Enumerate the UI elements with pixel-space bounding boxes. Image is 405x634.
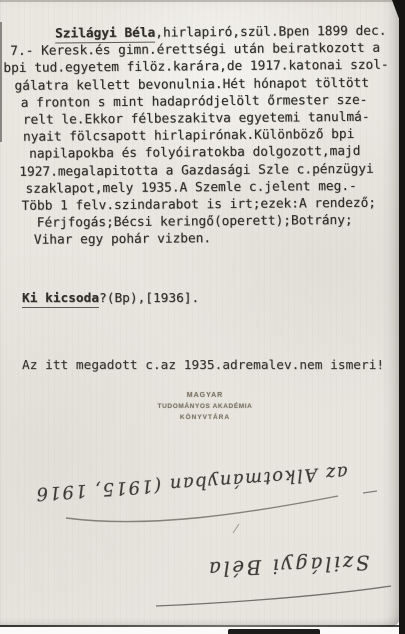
source-reference-rest: ?(Bp),[1936]. [99,291,199,306]
source-reference: Ki kicsoda?(Bp),[1936]. [22,291,199,306]
biography-lines: 7.- Keresk.és gimn.érettségi után beirat… [0,40,394,250]
scan-edge-bottom [0,625,400,628]
note-underline-stroke [66,496,338,522]
biography-line: Vihar egy pohár vizben. [34,229,394,249]
signature-underline-stroke [156,586,391,606]
card-paper: Szilágyi Béla,hirlapiró,szül.Bpen 1899 d… [0,0,400,627]
biography-line: Férjfogás;Bécsi keringő(operett);Botrány… [37,212,394,232]
scan-edge-left [0,22,2,142]
stamp-line-1: MAGYAR [125,392,285,399]
handwritten-signature-upside-down: Szilágyi Béla [188,550,389,583]
scan-edge-top [0,0,399,2]
typed-remark: Az itt megadott c.az 1935.adremalev.nem … [22,358,384,373]
stamp-line-3: KÖNYVTÁRA [125,414,285,421]
punch-hole-shadow [228,629,320,634]
heading-rest: ,hirlapiró,szül.Bpen 1899 dec. [155,24,386,41]
person-name: Szilágyi Béla [55,26,155,43]
typed-text-block: Szilágyi Béla,hirlapiró,szül.Bpen 1899 d… [0,23,394,250]
scanned-catalog-card: Szilágyi Béla,hirlapiró,szül.Bpen 1899 d… [0,0,405,634]
library-stamp: MAGYAR TUDOMÁNYOS AKADÉMIA KÖNYVTÁRA [125,392,285,421]
source-title: Ki kicsoda [22,291,99,308]
stamp-line-2: TUDOMÁNYOS AKADÉMIA [125,403,285,410]
stray-tick-mark [233,524,239,533]
scan-edge-right [399,0,405,634]
note-dash-mark [363,491,377,493]
handwritten-note-upside-down: az Alkotmányban (1915, 1916 [48,462,349,504]
